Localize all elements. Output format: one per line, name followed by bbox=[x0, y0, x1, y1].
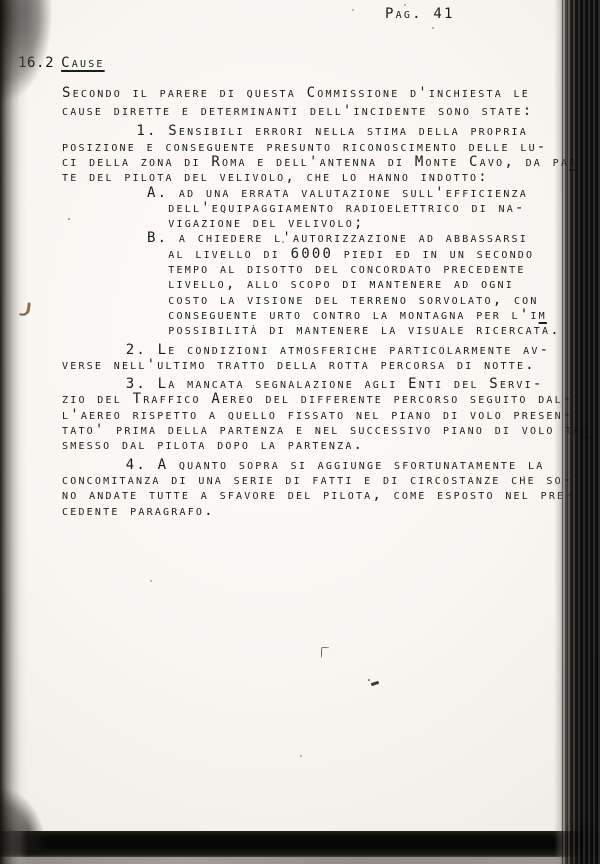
paragraph-cause-1-item-a: A. ad una errata valutazione sull'effici… bbox=[62, 186, 590, 232]
text-line: cedente paragrafo. bbox=[62, 504, 590, 519]
section-heading: 16.2Cause bbox=[18, 55, 105, 71]
text-line: smesso dal pilota dopo la partenza. bbox=[62, 438, 590, 453]
scanner-background-strip bbox=[0, 857, 600, 864]
text-line: 2. Le condizioni atmosferiche particolar… bbox=[62, 343, 590, 358]
scan-speck bbox=[68, 218, 70, 220]
scan-speck bbox=[432, 27, 434, 29]
text-line: posizione e conseguente presunto riconos… bbox=[62, 140, 590, 155]
paragraph-cause-2: 2. Le condizioni atmosferiche particolar… bbox=[62, 343, 590, 374]
scan-speck bbox=[282, 241, 284, 243]
text-line: zio del Traffico Aereo del differente pe… bbox=[62, 392, 590, 407]
scan-bottom-edge bbox=[0, 831, 600, 857]
section-title: Cause bbox=[61, 55, 105, 71]
paragraph-cause-4: 4. A quanto sopra si aggiunge sfortunata… bbox=[62, 458, 590, 519]
scan-speck bbox=[523, 476, 525, 478]
section-number: 16.2 bbox=[18, 55, 54, 71]
text-line: costo la visione del terreno sorvolato, … bbox=[62, 293, 590, 308]
text-line: cause dirette e determinanti dell'incide… bbox=[62, 102, 590, 120]
text-line: al livello di 6000 piedi ed in un second… bbox=[62, 247, 590, 262]
text-line: conseguente urto contro la montagna per … bbox=[62, 308, 590, 323]
text-line: tato' prima della partenza e nel success… bbox=[62, 423, 590, 438]
text-line: l'aereo rispetto a quello fissato nel pi… bbox=[62, 408, 590, 423]
text-line: dell'equipaggiamento radioelettrico di n… bbox=[62, 201, 590, 216]
paragraph-intro: Secondo il parere di questa Commissione … bbox=[62, 84, 590, 120]
scan-mark bbox=[368, 679, 370, 681]
text-line: concomitanza di una serie di fatti e di … bbox=[62, 473, 590, 488]
scanned-page: Pag. 41 16.2Cause Secondo il parere di q… bbox=[0, 0, 600, 864]
scan-speck bbox=[300, 755, 302, 757]
text-line: tempo al disotto del concordato preceden… bbox=[62, 262, 590, 277]
paragraph-cause-1-item-b: B. a chiedere l'autorizzazione ad abbass… bbox=[62, 231, 590, 338]
scan-mark bbox=[371, 681, 380, 686]
text-line: te del pilota del velivolo, che lo hanno… bbox=[62, 170, 590, 185]
paragraph-cause-3: 3. La mancata segnalazione agli Enti del… bbox=[62, 377, 590, 453]
text-line: 4. A quanto sopra si aggiunge sfortunata… bbox=[62, 458, 590, 473]
text-line: B. a chiedere l'autorizzazione ad abbass… bbox=[62, 231, 590, 246]
scan-mark bbox=[19, 301, 31, 316]
scan-mark bbox=[321, 647, 330, 658]
page-number: Pag. 41 bbox=[385, 6, 455, 22]
text-line: possibilità di mantenere la visuale rice… bbox=[62, 323, 590, 338]
text-line: verse nell'ultimo tratto della rotta per… bbox=[62, 358, 590, 373]
text-line: A. ad una errata valutazione sull'effici… bbox=[62, 186, 590, 201]
text-line: livello, allo scopo di mantenere ad ogni bbox=[62, 277, 590, 292]
scan-speck bbox=[150, 580, 152, 582]
text-line: 3. La mancata segnalazione agli Enti del… bbox=[62, 377, 590, 392]
text-line: no andate tutte a sfavore del pilota, co… bbox=[62, 488, 590, 503]
scan-speck bbox=[352, 9, 354, 11]
scan-speck bbox=[404, 4, 406, 6]
paragraph-cause-1: 1. Sensibili errori nella stima della pr… bbox=[62, 124, 590, 185]
document-body: Secondo il parere di questa Commissione … bbox=[62, 84, 590, 519]
text-line: ci della zona di Roma e dell'antenna di … bbox=[62, 155, 590, 170]
text-line: 1. Sensibili errori nella stima della pr… bbox=[62, 124, 590, 139]
text-line: vigazione del velivolo; bbox=[62, 216, 590, 231]
text-line: Secondo il parere di questa Commissione … bbox=[62, 84, 590, 102]
